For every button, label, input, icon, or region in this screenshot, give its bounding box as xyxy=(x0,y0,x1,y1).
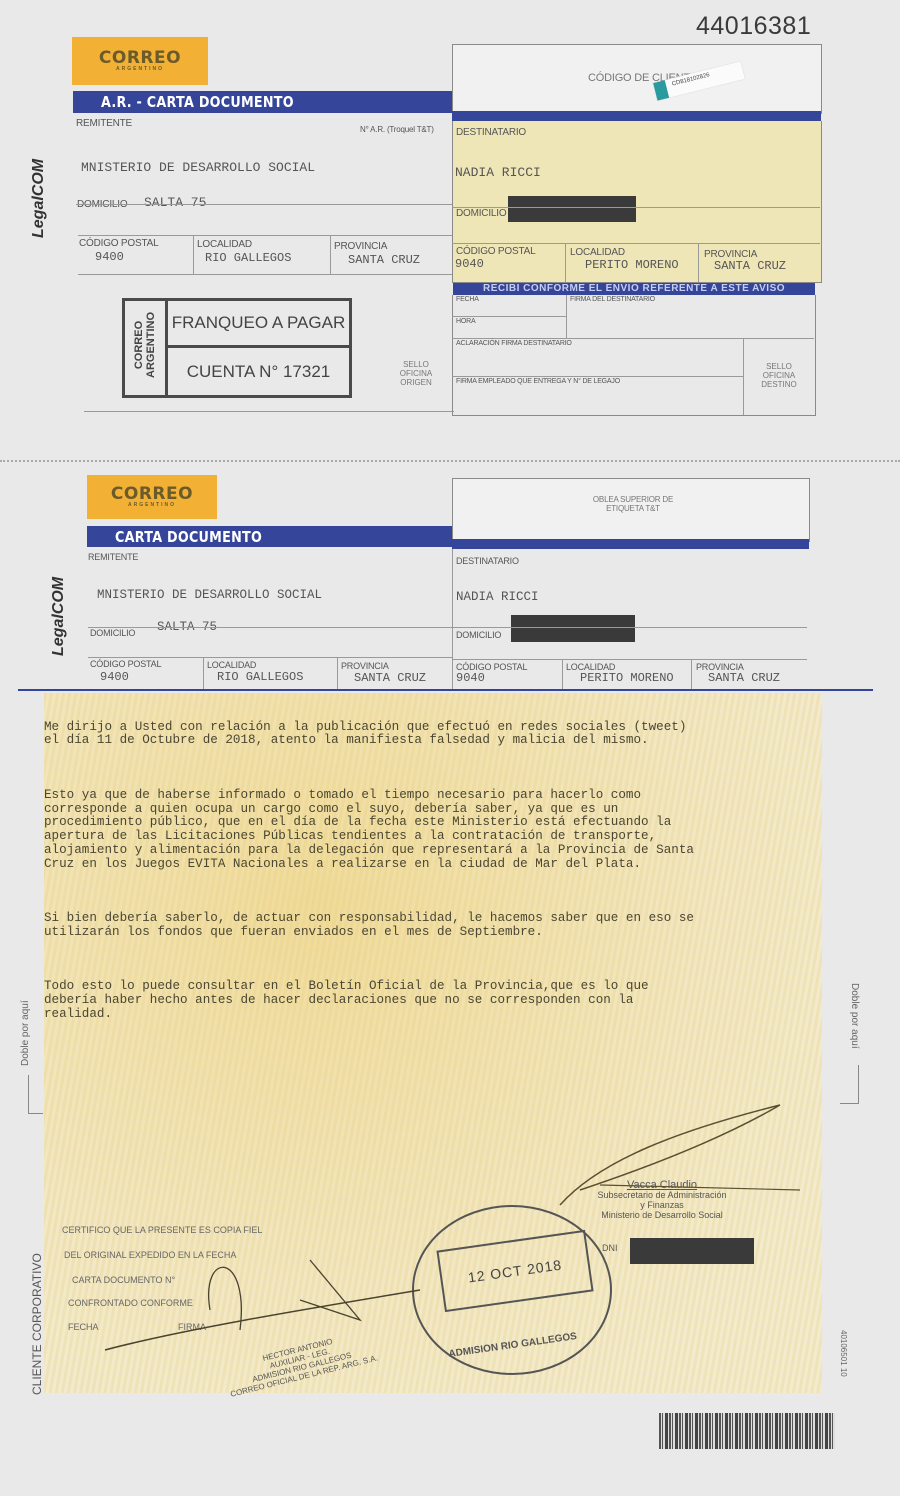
divider xyxy=(203,658,204,689)
divider xyxy=(193,236,194,274)
divider xyxy=(88,627,452,628)
divider xyxy=(337,658,338,689)
ar-title: A.R. - CARTA DOCUMENTO xyxy=(101,93,294,111)
divider xyxy=(743,338,744,415)
ar-recipient-address-label: DOMICILIO xyxy=(456,208,506,219)
cd-recipient-address-redaction xyxy=(511,615,635,642)
signatory-block: Vacca Claudio Subsecretario de Administr… xyxy=(592,1180,732,1220)
client-type-label: CLIENTE CORPORATIVO xyxy=(30,1253,44,1395)
divider xyxy=(562,660,563,689)
divider xyxy=(691,660,692,689)
fold-mark-left xyxy=(28,1075,43,1114)
ar-recipient-city-label: LOCALIDAD xyxy=(570,247,625,258)
ar-number-label: N° A.R. (Troquel T&T) xyxy=(360,125,434,134)
ar-recipient-cp-label: CÓDIGO POSTAL xyxy=(456,246,535,257)
ar-sender-address-rule xyxy=(76,204,454,205)
legalcom-brand-bottom: LegalCOM xyxy=(50,577,68,656)
receipt-clarification-label: ACLARACIÓN FIRMA DESTINATARIO xyxy=(456,340,572,347)
receipt-time-label: HORA xyxy=(456,318,475,325)
cd-recipient-cp: 9040 xyxy=(456,671,485,685)
receipt-employee-label: FIRMA EMPLEADO QUE ENTREGA Y N° DE LEGAJ… xyxy=(456,378,620,385)
cd-title: CARTA DOCUMENTO xyxy=(115,528,262,546)
destination-seal-label: SELLO OFICINA DESTINO xyxy=(757,362,801,389)
divider xyxy=(566,295,567,339)
client-code-blue-rule xyxy=(452,111,821,121)
postage-stamp-side-text: CORREO ARGENTINO xyxy=(133,305,157,385)
tear-off-perforation xyxy=(0,460,900,462)
ar-recipient-name: NADIA RICCI xyxy=(455,165,541,180)
ar-sender-city-label: LOCALIDAD xyxy=(197,239,252,250)
cd-recipient-label: DESTINATARIO xyxy=(456,556,519,566)
signatory-id-redaction xyxy=(630,1238,754,1264)
signatory-name: Vacca Claudio xyxy=(592,1180,732,1190)
receipt-box xyxy=(452,295,816,416)
receipt-band: RECIBI CONFORME EL ENVIO REFERENTE A EST… xyxy=(453,283,815,295)
ar-recipient-address-redaction xyxy=(508,196,636,222)
fold-mark-right xyxy=(840,1065,859,1104)
divider xyxy=(452,207,820,208)
letter-paragraph-2: Esto ya que de haberse informado o tomad… xyxy=(44,789,834,872)
logo-sub-text: ARGENTINO xyxy=(116,66,164,72)
ar-title-band: A.R. - CARTA DOCUMENTO xyxy=(73,91,453,113)
receipt-date-label: FECHA xyxy=(456,296,479,303)
fold-here-right: Doble por aquí xyxy=(849,983,860,1049)
cd-recipient-province: SANTA CRUZ xyxy=(708,671,780,685)
cd-sender-name: MNISTERIO DE DESARROLLO SOCIAL xyxy=(97,588,322,602)
barcode xyxy=(659,1413,835,1449)
cd-sender-city: RIO GALLEGOS xyxy=(217,670,303,684)
ar-sender-cp-label: CÓDIGO POSTAL xyxy=(79,238,158,249)
cd-sender-province: SANTA CRUZ xyxy=(354,671,426,685)
letter-top-rule xyxy=(18,689,873,691)
correo-argentino-logo: CORREO ARGENTINO xyxy=(72,37,208,85)
signatory-title-2: y Finanzas xyxy=(592,1200,732,1210)
receipt-signature-label: FIRMA DEL DESTINATARIO xyxy=(570,296,655,303)
divider xyxy=(452,243,820,244)
cert-line-1: CERTIFICO QUE LA PRESENTE ES COPIA FIEL xyxy=(62,1225,262,1235)
cd-sender-address-label: DOMICILIO xyxy=(90,628,135,638)
divider xyxy=(452,549,453,689)
cd-sender-province-label: PROVINCIA xyxy=(341,661,389,671)
certifier-signature xyxy=(100,1240,430,1360)
cd-title-band: CARTA DOCUMENTO xyxy=(87,526,452,547)
letter-paragraph-3: Si bien debería saberlo, de actuar con r… xyxy=(44,912,834,940)
cd-sender-cp: 9400 xyxy=(100,670,129,684)
ar-sender-name: MNISTERIO DE DESARROLLO SOCIAL xyxy=(81,160,315,175)
cd-sender-cp-label: CÓDIGO POSTAL xyxy=(90,659,161,669)
ar-sender-province-label: PROVINCIA xyxy=(334,241,387,252)
ar-sender-province: SANTA CRUZ xyxy=(348,253,420,267)
divider xyxy=(330,236,331,274)
divider xyxy=(452,316,566,317)
divider xyxy=(452,627,807,628)
logo-main-text: CORREO xyxy=(99,50,181,66)
cd-sender-label: REMITENTE xyxy=(88,552,138,562)
signatory-id-label: DNI xyxy=(602,1243,618,1253)
letter-body: Me dirijo a Usted con relación a la publ… xyxy=(44,693,834,1049)
cert-line-5-date: FECHA xyxy=(68,1322,99,1332)
cd-recipient-city: PERITO MORENO xyxy=(580,671,674,685)
ar-sender-label: REMITENTE xyxy=(76,118,132,129)
ar-sender-cp-bottom-rule xyxy=(78,274,453,275)
ar-recipient-province: SANTA CRUZ xyxy=(714,259,786,273)
origin-seal-label: SELLO OFICINA ORIGEN xyxy=(396,360,436,387)
divider xyxy=(452,338,814,339)
letter-paragraph-1: Me dirijo a Usted con relación a la publ… xyxy=(44,721,834,749)
postage-stamp-line1: FRANQUEO A PAGAR xyxy=(168,301,349,348)
cd-sender-city-label: LOCALIDAD xyxy=(207,660,256,670)
ar-recipient-cp: 9040 xyxy=(455,257,484,271)
divider xyxy=(698,244,699,282)
document-serial-number: 44016381 xyxy=(696,12,811,41)
correo-argentino-logo-2: CORREO ARGENTINO xyxy=(87,475,217,519)
divider xyxy=(452,376,744,377)
divider xyxy=(452,659,807,660)
legalcom-brand-top: LegalCOM xyxy=(30,159,48,238)
signatory-title-1: Subsecretario de Administración xyxy=(592,1190,732,1200)
tt-label-blue-rule xyxy=(452,539,809,549)
ar-sender-address: SALTA 75 xyxy=(144,195,206,210)
divider xyxy=(88,657,452,658)
logo-main-text: CORREO xyxy=(111,486,193,502)
postage-prepaid-stamp: CORREO ARGENTINO FRANQUEO A PAGAR CUENTA… xyxy=(122,298,352,398)
postage-stamp-line2: CUENTA N° 17321 xyxy=(168,348,349,395)
tt-label-text: OBLEA SUPERIOR DE ETIQUETA T&T xyxy=(588,495,678,513)
ar-sender-cp: 9400 xyxy=(95,250,124,264)
form-code: 40106501 10 xyxy=(839,1330,848,1377)
fold-here-left: Doble por aquí xyxy=(20,1000,31,1066)
ar-sender-city: RIO GALLEGOS xyxy=(205,251,291,265)
cd-recipient-address-label: DOMICILIO xyxy=(456,630,501,640)
divider xyxy=(565,244,566,282)
cd-recipient-name: NADIA RICCI xyxy=(456,590,539,604)
letter-paragraph-4: Todo esto lo puede consultar en el Bolet… xyxy=(44,980,834,1021)
ar-recipient-label: DESTINATARIO xyxy=(456,127,526,138)
ar-recipient-city: PERITO MORENO xyxy=(585,258,679,272)
ar-sender-cp-top-rule xyxy=(78,235,453,236)
logo-sub-text: ARGENTINO xyxy=(128,502,176,508)
signatory-title-3: Ministerio de Desarrollo Social xyxy=(592,1210,732,1220)
ar-bottom-rule xyxy=(84,411,454,412)
